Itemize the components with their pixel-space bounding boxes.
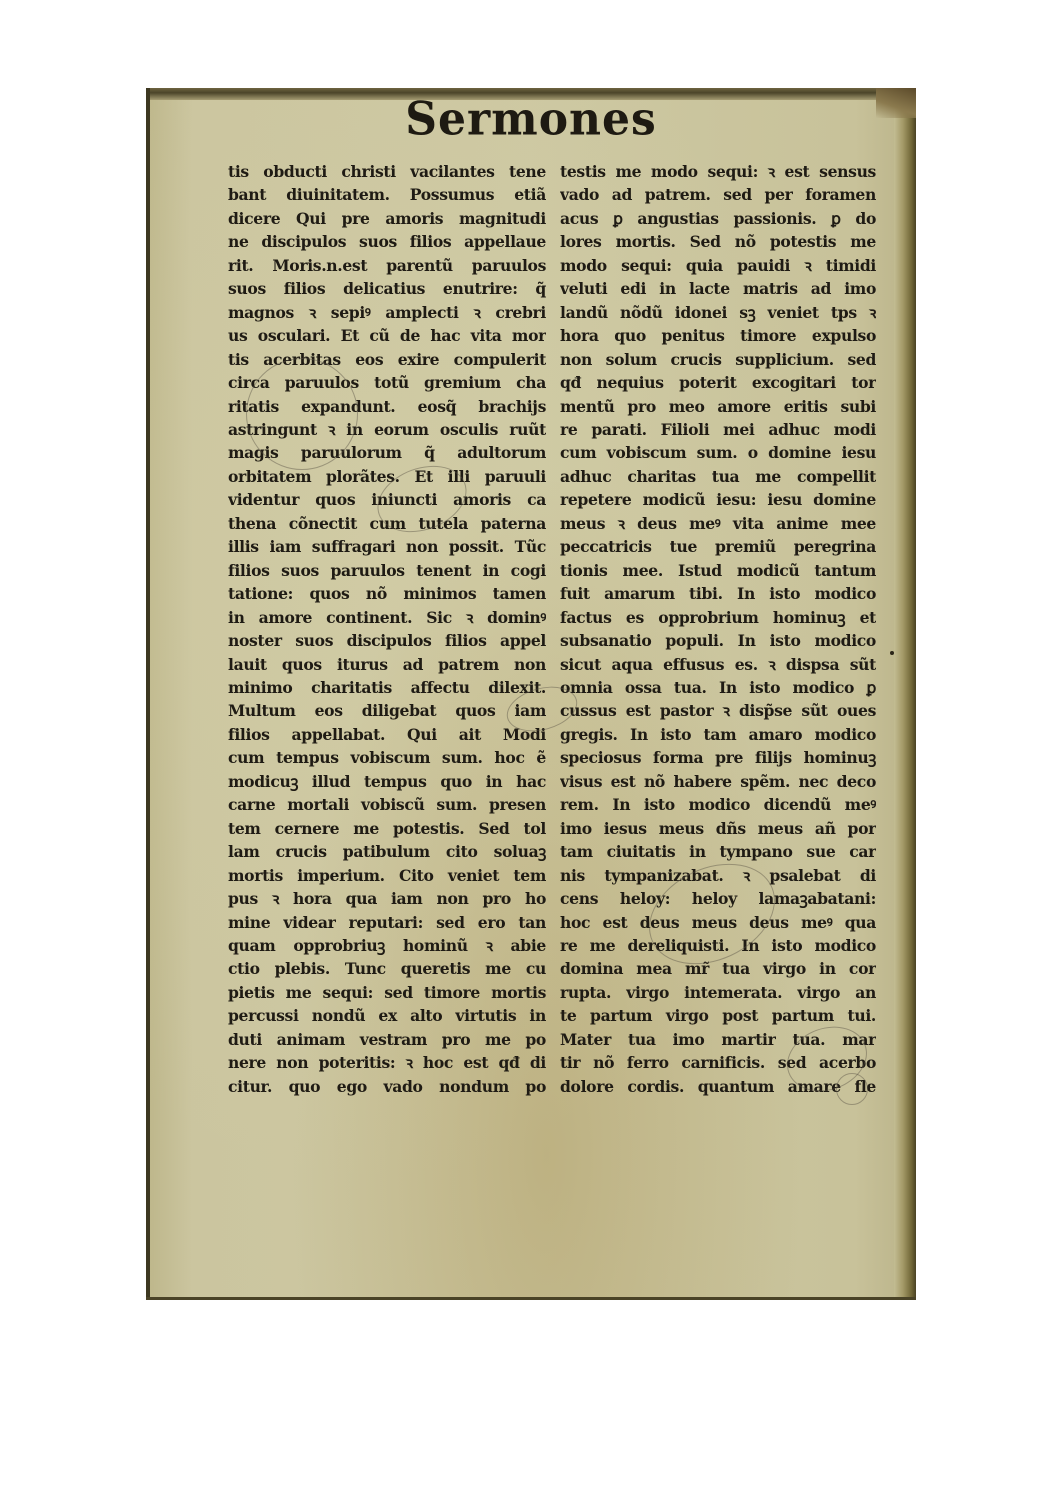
page-left-edge [146, 88, 150, 1300]
text-line: carne mortali vobiscũ sum. presen [228, 793, 546, 816]
text-line: tis obducti christi vacilantes tene [228, 160, 546, 183]
text-line: nis tympanizabat. ꝛ psalebat di [560, 864, 876, 887]
text-line: rem. In isto modico dicendũ meꝰ [560, 793, 876, 816]
text-line: factus es opprobrium hominuꝫ et [560, 606, 876, 629]
text-line: tatione: quos nõ minimos tamen [228, 582, 546, 605]
text-line: Multum eos diligebat quos iam [228, 699, 546, 722]
page-bottom-edge [146, 1297, 916, 1300]
text-line: speciosus forma pre filijs hominuꝫ [560, 746, 876, 769]
text-line: bant diuinitatem. Possumus etiã [228, 183, 546, 206]
text-line: modicuꝫ illud tempus quo in hac [228, 770, 546, 793]
text-line: re parati. Filioli mei adhuc modi [560, 418, 876, 441]
text-line: hoc est deus meus deus meꝰ qua [560, 911, 876, 934]
text-line: lores mortis. Sed nõ potestis me [560, 230, 876, 253]
text-line: pietis me sequi: sed timore mortis [228, 981, 546, 1004]
text-line: dolore cordis. quantum amare fle [560, 1075, 876, 1098]
text-line: noster suos discipulos filios appel [228, 629, 546, 652]
text-line: veluti edi in lacte matris ad imo [560, 277, 876, 300]
text-line: pus ꝛ hora qua iam non pro ho [228, 887, 546, 910]
text-line: cussus est pastor ꝛ disp̃se sũt oues [560, 699, 876, 722]
text-line: ritatis expandunt. eosq̃ brachijs [228, 395, 546, 418]
text-line: dicere Qui pre amoris magnitudi [228, 207, 546, 230]
text-line: visus est nõ habere spẽm. nec deco [560, 770, 876, 793]
text-line: us osculari. Et cũ de hac vita mor [228, 324, 546, 347]
ink-speck [890, 651, 894, 655]
text-line: repetere modicũ iesu: iesu domine [560, 488, 876, 511]
text-line: tir nõ ferro carnificis. sed acerbo [560, 1051, 876, 1074]
text-line: minimo charitatis affectu dilexit. [228, 676, 546, 699]
text-line: gregis. In isto tam amaro modico [560, 723, 876, 746]
text-line: subsanatio populi. In isto modico [560, 629, 876, 652]
text-line: astringunt ꝛ in eorum osculis ruũt [228, 418, 546, 441]
text-line: omnia ossa tua. In isto modico ꝑ [560, 676, 876, 699]
text-line: peccatricis tue premiũ peregrina [560, 535, 876, 558]
text-line: qđ nequius poterit excogitari tor [560, 371, 876, 394]
text-line: suos filios delicatius enutrire: q̃ [228, 277, 546, 300]
text-line: magis paruulorum q̃ adultorum [228, 441, 546, 464]
text-line: Mater tua imo martir tua. mar [560, 1028, 876, 1051]
text-column-right: testis me modo sequi: ꝛ est sensus vado … [560, 160, 876, 1098]
text-line: mine videar reputari: sed ero tan [228, 911, 546, 934]
running-head: Sermones [146, 93, 916, 147]
text-line: filios appellabat. Qui ait Modi [228, 723, 546, 746]
text-line: tem cernere me potestis. Sed tol [228, 817, 546, 840]
text-line: re me dereliquisti. In isto modico [560, 934, 876, 957]
text-line: tis acerbitas eos exire compulerit [228, 348, 546, 371]
text-line: ne discipulos suos filios appellaue [228, 230, 546, 253]
page-right-edge [894, 88, 916, 1300]
text-line: thena cõnectit cum tutela paterna [228, 512, 546, 535]
text-line: orbitatem plorãtes. Et illi paruuli [228, 465, 546, 488]
text-line: videntur quos iniuncti amoris ca [228, 488, 546, 511]
text-line: circa paruulos totũ gremium cha [228, 371, 546, 394]
text-line: cum tempus vobiscum sum. hoc ẽ [228, 746, 546, 769]
text-line: ctio plebis. Tunc queretis me cu [228, 957, 546, 980]
text-line: nere non poteritis: ꝛ hoc est qđ di [228, 1051, 546, 1074]
text-line: domina mea mr̃ tua virgo in cor [560, 957, 876, 980]
text-line: rit. Moris.n.est parentũ paruulos [228, 254, 546, 277]
text-column-left: tis obducti christi vacilantes tene bant… [228, 160, 546, 1098]
text-line: mortis imperium. Cito veniet tem [228, 864, 546, 887]
text-line: hora quo penitus timore expulso [560, 324, 876, 347]
text-line: magnos ꝛ sepiꝰ amplecti ꝛ crebri [228, 301, 546, 324]
text-line: mentũ pro meo amore eritis subi [560, 395, 876, 418]
text-line: meus ꝛ deus meꝰ vita anime mee [560, 512, 876, 535]
text-line: rupta. virgo intemerata. virgo an [560, 981, 876, 1004]
text-line: lauit quos iturus ad patrem non [228, 653, 546, 676]
text-line: filios suos paruulos tenent in cogi [228, 559, 546, 582]
text-line: sicut aqua effusus es. ꝛ dispsa sũt [560, 653, 876, 676]
text-line: non solum crucis supplicium. sed [560, 348, 876, 371]
text-line: duti animam vestram pro me po [228, 1028, 546, 1051]
scanned-page-leaf: Sermones tis obducti christi vacilantes … [146, 88, 916, 1300]
text-line: vado ad patrem. sed per foramen [560, 183, 876, 206]
text-line: acus ꝑ angustias passionis. ꝑ do [560, 207, 876, 230]
text-line: percussi nondũ ex alto virtutis in [228, 1004, 546, 1027]
text-line: tionis mee. Istud modicũ tantum [560, 559, 876, 582]
text-line: te partum virgo post partum tui. [560, 1004, 876, 1027]
text-line: landũ nõdũ idonei sꝫ veniet tps ꝛ [560, 301, 876, 324]
text-line: cum vobiscum sum. o domine iesu [560, 441, 876, 464]
text-line: illis iam suffragari non possit. Tũc [228, 535, 546, 558]
text-line: tam ciuitatis in tympano sue car [560, 840, 876, 863]
text-line: testis me modo sequi: ꝛ est sensus [560, 160, 876, 183]
text-line: cens heloy: heloy lamaꝫabatani: [560, 887, 876, 910]
text-line: citur. quo ego vado nondum po [228, 1075, 546, 1098]
text-line: fuit amarum tibi. In isto modico [560, 582, 876, 605]
text-line: imo iesus meus dñs meus añ por [560, 817, 876, 840]
text-line: adhuc charitas tua me compellit [560, 465, 876, 488]
text-line: in amore continent. Sic ꝛ dominꝰ [228, 606, 546, 629]
text-line: modo sequi: quia pauidi ꝛ timidi [560, 254, 876, 277]
text-line: quam opprobriuꝫ hominũ ꝛ abie [228, 934, 546, 957]
text-line: lam crucis patibulum cito soluaꝫ [228, 840, 546, 863]
